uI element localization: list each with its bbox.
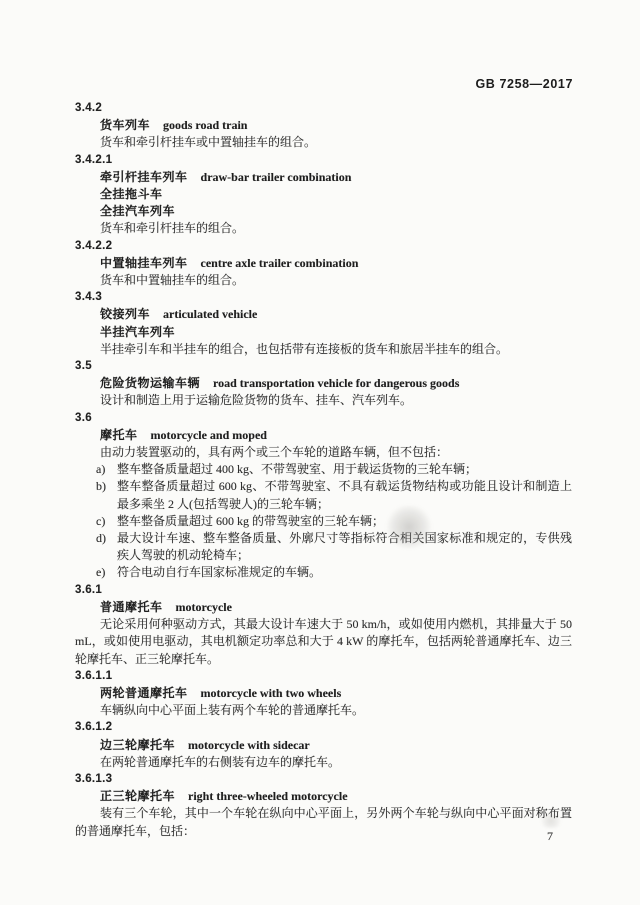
section: 3.4.2 货车列车goods road train 货车和牵引杆挂车或中置轴挂… (75, 100, 572, 152)
term-en: articulated vehicle (163, 307, 257, 321)
section: 3.6.1 普通摩托车motorcycle 无论采用何种驱动方式，其最大设计车速… (75, 582, 572, 668)
section-number: 3.6.1.3 (75, 771, 572, 788)
list-item-text: 符合电动自行车国家标准规定的车辆。 (117, 565, 321, 579)
section-number: 3.6.1.2 (75, 719, 572, 736)
term-zh: 边三轮摩托车 (100, 738, 175, 752)
list-item: b)整车整备质量超过 600 kg、不带驾驶室、不具有载运货物结构或功能且设计和… (75, 478, 572, 512)
definition-paragraph: 货车和牵引杆挂车或中置轴挂车的组合。 (75, 134, 572, 151)
term-en: motorcycle (176, 600, 232, 614)
term-zh: 正三轮摩托车 (100, 789, 175, 803)
term-line: 半挂汽车列车 (100, 324, 572, 341)
term-en: centre axle trailer combination (201, 256, 359, 270)
page-number: 7 (547, 829, 553, 844)
term-line: 全挂汽车列车 (100, 203, 572, 220)
term-zh: 全挂拖斗车 (100, 187, 163, 201)
section-number: 3.6.1 (75, 582, 572, 599)
term-line: 中置轴挂车列车centre axle trailer combination (100, 255, 572, 272)
term-zh: 半挂汽车列车 (100, 325, 175, 339)
list-item-text: 最大设计车速、整车整备质量、外廓尺寸等指标符合相关国家标准和规定的，专供残疾人驾… (117, 531, 572, 562)
term-line: 全挂拖斗车 (100, 186, 572, 203)
term-zh: 危险货物运输车辆 (100, 376, 200, 390)
term-en: right three-wheeled motorcycle (188, 789, 348, 803)
list-item: c)整车整备质量超过 600 kg 的带驾驶室的三轮车辆； (75, 513, 572, 530)
section: 3.6.1.2 边三轮摩托车motorcycle with sidecar 在两… (75, 719, 572, 771)
definition-paragraph: 货车和中置轴挂车的组合。 (75, 272, 572, 289)
term-en: motorcycle and moped (151, 428, 267, 442)
term-zh: 两轮普通摩托车 (100, 686, 188, 700)
definition-paragraph: 货车和牵引杆挂车的组合。 (75, 220, 572, 237)
list-item-text: 整车整备质量超过 400 kg、不带驾驶室、用于载运货物的三轮车辆； (117, 462, 477, 476)
section: 3.6.1.1 两轮普通摩托车motorcycle with two wheel… (75, 668, 572, 720)
term-zh: 牵引杆挂车列车 (100, 170, 188, 184)
definition-paragraph: 在两轮普通摩托车的右侧装有边车的摩托车。 (75, 754, 572, 771)
section-number: 3.4.2.2 (75, 238, 572, 255)
definition-paragraph: 由动力装置驱动的，具有两个或三个车轮的道路车辆，但不包括： (75, 444, 572, 461)
section-number: 3.6.1.1 (75, 668, 572, 685)
section: 3.5 危险货物运输车辆road transportation vehicle … (75, 358, 572, 410)
list-item: a)整车整备质量超过 400 kg、不带驾驶室、用于载运货物的三轮车辆； (75, 461, 572, 478)
term-zh: 铰接列车 (100, 307, 150, 321)
section-number: 3.4.2 (75, 100, 572, 117)
list-item-label: d) (96, 530, 106, 547)
definition-paragraph: 装有三个车轮，其中一个车轮在纵向中心平面上，另外两个车轮与纵向中心平面对称布置的… (75, 805, 572, 839)
definition-paragraph: 半挂牵引车和半挂车的组合，也包括带有连接板的货车和旅居半挂车的组合。 (75, 341, 572, 358)
section-number: 3.4.2.1 (75, 152, 572, 169)
term-line: 铰接列车articulated vehicle (100, 306, 572, 323)
term-zh: 货车列车 (100, 118, 150, 132)
section-number: 3.4.3 (75, 289, 572, 306)
term-line: 边三轮摩托车motorcycle with sidecar (100, 737, 572, 754)
document-body: 3.4.2 货车列车goods road train 货车和牵引杆挂车或中置轴挂… (75, 100, 572, 840)
list-item-text: 整车整备质量超过 600 kg 的带驾驶室的三轮车辆； (117, 514, 384, 528)
term-en: draw-bar trailer combination (201, 170, 352, 184)
term-en: motorcycle with two wheels (201, 686, 342, 700)
definition-paragraph: 无论采用何种驱动方式，其最大设计车速大于 50 km/h，或如使用内燃机，其排量… (75, 616, 572, 668)
definition-paragraph: 车辆纵向中心平面上装有两个车轮的普通摩托车。 (75, 702, 572, 719)
definition-paragraph: 设计和制造上用于运输危险货物的货车、挂车、汽车列车。 (75, 392, 572, 409)
term-line: 危险货物运输车辆road transportation vehicle for … (100, 375, 572, 392)
list-item-text: 整车整备质量超过 600 kg、不带驾驶室、不具有载运货物结构或功能且设计和制造… (117, 479, 572, 510)
term-line: 普通摩托车motorcycle (100, 599, 572, 616)
list-item-label: c) (96, 513, 105, 530)
section: 3.6 摩托车motorcycle and moped 由动力装置驱动的，具有两… (75, 410, 572, 582)
term-line: 两轮普通摩托车motorcycle with two wheels (100, 685, 572, 702)
section-number: 3.6 (75, 410, 572, 427)
term-en: motorcycle with sidecar (188, 738, 310, 752)
document-page: { "colors": { "paper": "#fbfbf9", "text"… (0, 0, 640, 905)
section: 3.4.3 铰接列车articulated vehicle 半挂汽车列车 半挂牵… (75, 289, 572, 358)
term-zh: 普通摩托车 (100, 600, 163, 614)
term-line: 货车列车goods road train (100, 117, 572, 134)
term-zh: 全挂汽车列车 (100, 204, 175, 218)
term-zh: 中置轴挂车列车 (100, 256, 188, 270)
list-item: d)最大设计车速、整车整备质量、外廓尺寸等指标符合相关国家标准和规定的，专供残疾… (75, 530, 572, 564)
doc-code-header: GB 7258—2017 (475, 77, 573, 91)
section: 3.4.2.1 牵引杆挂车列车draw-bar trailer combinat… (75, 152, 572, 238)
term-line: 摩托车motorcycle and moped (100, 427, 572, 444)
term-zh: 摩托车 (100, 428, 138, 442)
list-item-label: a) (96, 461, 105, 478)
list-item: e)符合电动自行车国家标准规定的车辆。 (75, 564, 572, 581)
term-en: goods road train (163, 118, 247, 132)
term-en: road transportation vehicle for dangerou… (213, 376, 459, 390)
section: 3.4.2.2 中置轴挂车列车centre axle trailer combi… (75, 238, 572, 290)
term-line: 牵引杆挂车列车draw-bar trailer combination (100, 169, 572, 186)
list-item-label: b) (96, 478, 106, 495)
term-line: 正三轮摩托车right three-wheeled motorcycle (100, 788, 572, 805)
section: 3.6.1.3 正三轮摩托车right three-wheeled motorc… (75, 771, 572, 840)
section-number: 3.5 (75, 358, 572, 375)
list-item-label: e) (96, 564, 105, 581)
